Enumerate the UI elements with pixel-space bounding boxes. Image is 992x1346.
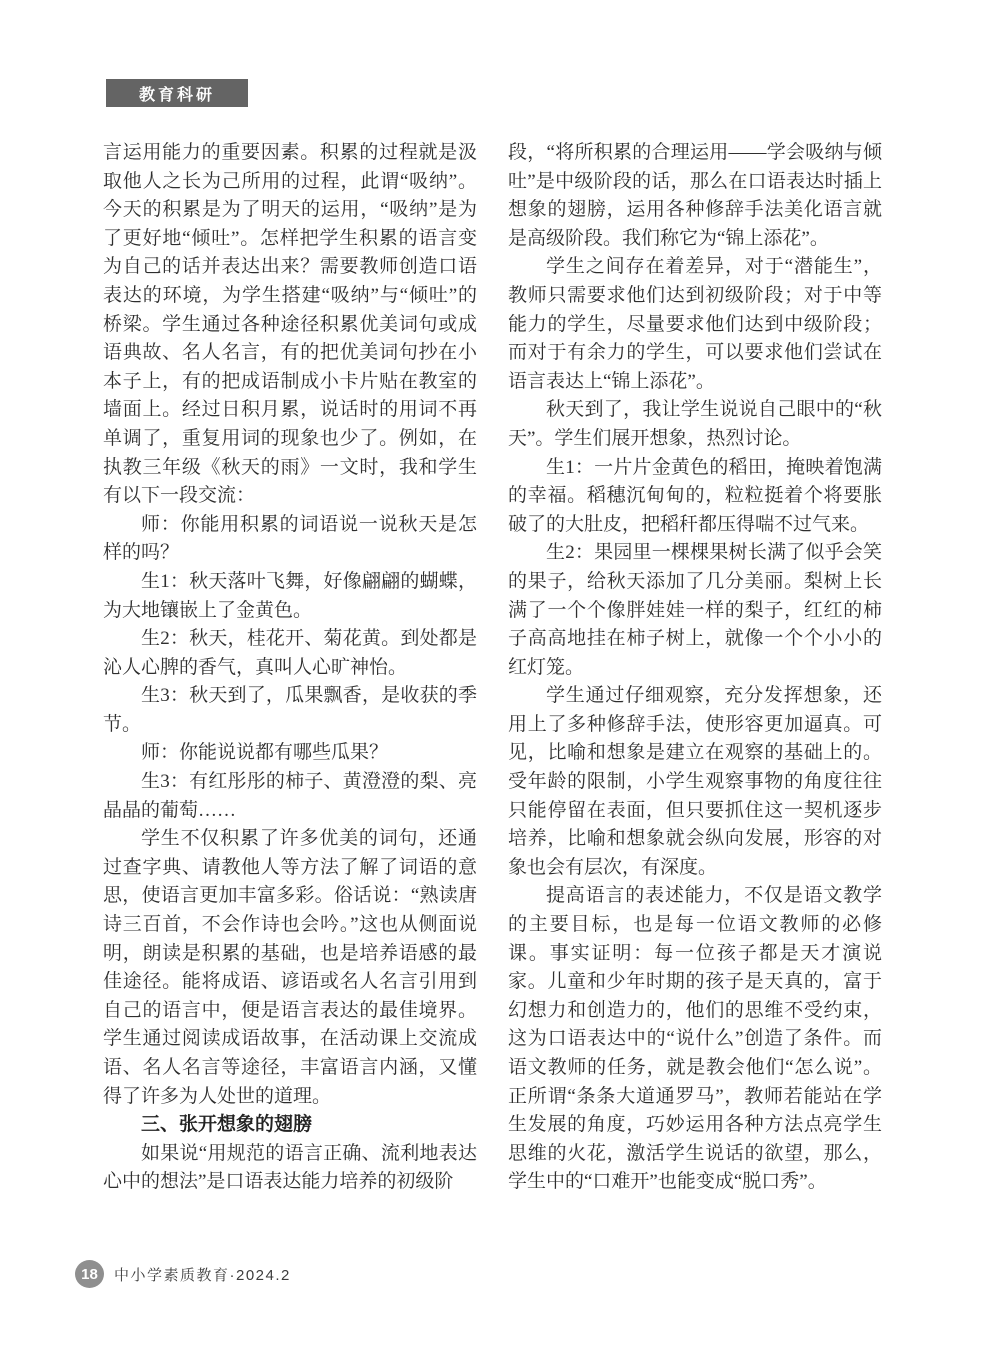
- left-column: 言运用能力的重要因素。积累的过程就是汲取他人之长为己所用的过程，此谓“吸纳”。今…: [103, 139, 477, 1197]
- section-header-badge: 教育科研: [106, 79, 248, 107]
- dialogue-line: 生2：果园里一棵棵果树长满了似乎会笑的果子，给秋天添加了几分美丽。梨树上长满了一…: [508, 539, 882, 682]
- paragraph: 学生不仅积累了许多优美的词句，还通过查字典、请教他人等方法了解了词语的意思，使语…: [103, 825, 477, 1111]
- dialogue-line: 师：你能用积累的词语说一说秋天是怎样的吗？: [103, 511, 477, 568]
- paragraph: 言运用能力的重要因素。积累的过程就是汲取他人之长为己所用的过程，此谓“吸纳”。今…: [103, 139, 477, 511]
- dialogue-line: 生2：秋天，桂花开、菊花黄。到处都是沁人心脾的香气，真叫人心旷神怡。: [103, 625, 477, 682]
- paragraph: 如果说“用规范的语言正确、流利地表达心中的想法”是口语表达能力培养的初级阶: [103, 1140, 477, 1197]
- dialogue-line: 师：你能说说都有哪些瓜果？: [103, 739, 477, 768]
- article-body: 言运用能力的重要因素。积累的过程就是汲取他人之长为己所用的过程，此谓“吸纳”。今…: [103, 139, 883, 1197]
- document-page: 教育科研 言运用能力的重要因素。积累的过程就是汲取他人之长为己所用的过程，此谓“…: [0, 0, 992, 1346]
- paragraph: 学生之间存在着差异，对于“潜能生”，教师只需要求他们达到初级阶段；对于中等能力的…: [508, 253, 882, 396]
- paragraph: 段，“将所积累的合理运用——学会吸纳与倾吐”是中级阶段的话，那么在口语表达时插上…: [508, 139, 882, 253]
- dialogue-line: 生1：一片片金黄色的稻田，掩映着饱满的幸福。稻穗沉甸甸的，粒粒挺着个将要胀破了的…: [508, 454, 882, 540]
- right-column: 段，“将所积累的合理运用——学会吸纳与倾吐”是中级阶段的话，那么在口语表达时插上…: [508, 139, 882, 1197]
- dialogue-line: 生3：有红彤彤的柿子、黄澄澄的梨、亮晶晶的葡萄……: [103, 768, 477, 825]
- section-heading: 三、张开想象的翅膀: [103, 1111, 477, 1140]
- page-footer: 18 中小学素质教育·2024.2: [75, 1260, 291, 1288]
- paragraph: 学生通过仔细观察，充分发挥想象，还用上了多种修辞手法，使形容更加逼真。可见，比喻…: [508, 682, 882, 882]
- dialogue-line: 生3：秋天到了，瓜果飘香，是收获的季节。: [103, 682, 477, 739]
- paragraph: 提高语言的表述能力，不仅是语文教学的主要目标，也是每一位语文教师的必修课。事实证…: [508, 882, 882, 1197]
- journal-title: 中小学素质教育·2024.2: [114, 1264, 291, 1285]
- page-number-badge: 18: [75, 1260, 104, 1288]
- paragraph: 秋天到了，我让学生说说自己眼中的“秋天”。学生们展开想象，热烈讨论。: [508, 396, 882, 453]
- dialogue-line: 生1：秋天落叶飞舞，好像翩翩的蝴蝶，为大地镶嵌上了金黄色。: [103, 568, 477, 625]
